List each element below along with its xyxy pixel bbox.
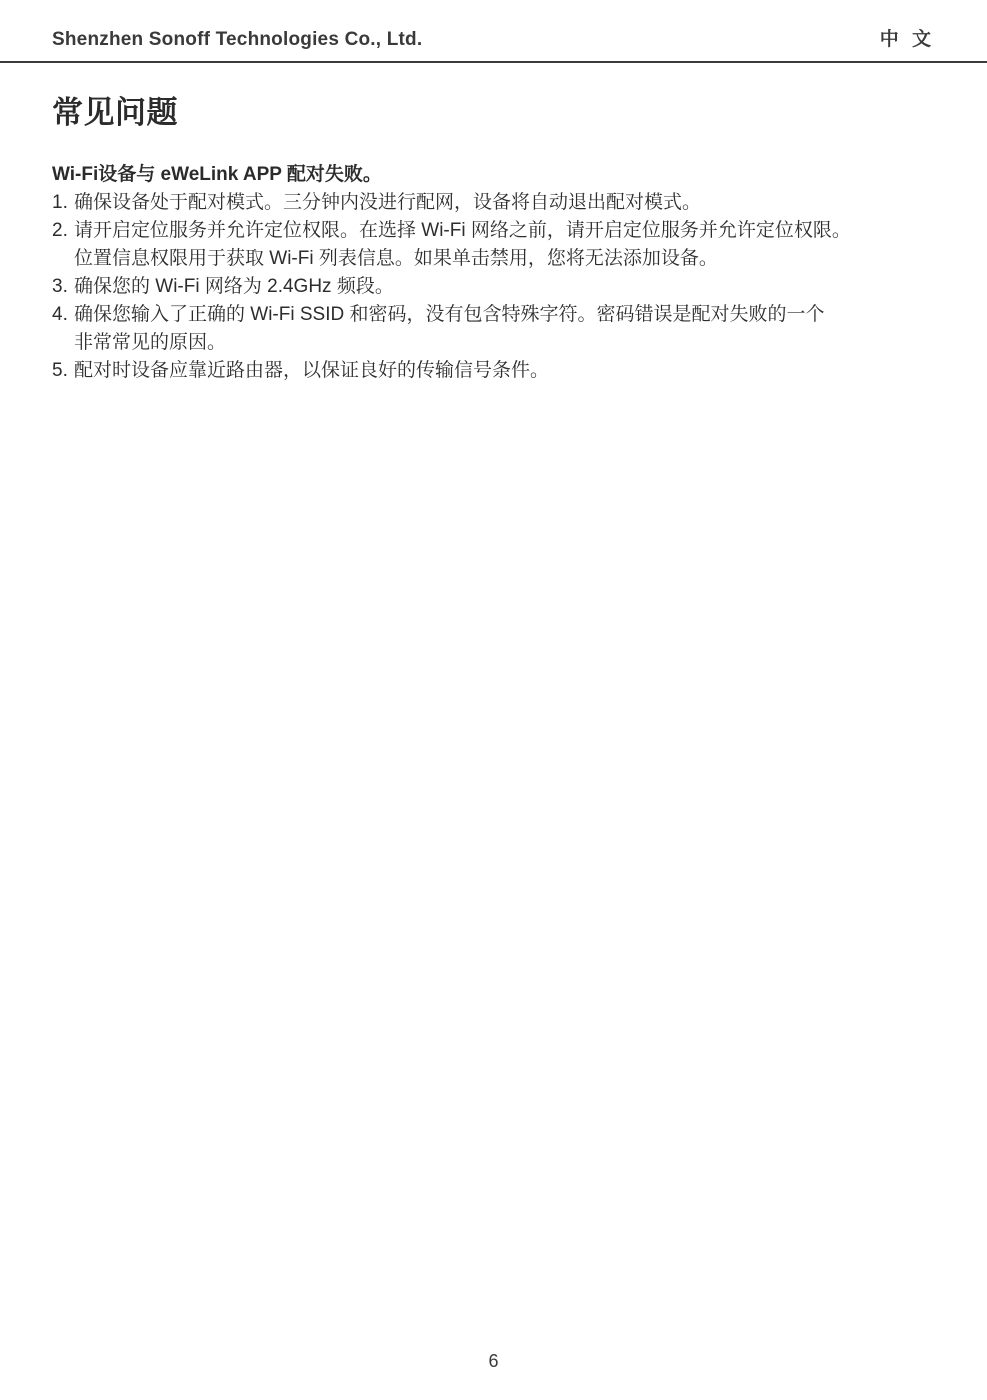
item-number: 3. bbox=[52, 273, 74, 301]
item-text: 确保您的 Wi-Fi 网络为 2.4GHz 频段。 bbox=[74, 273, 394, 301]
list-item: 1. 确保设备处于配对模式。三分钟内没进行配网，设备将自动退出配对模式。 bbox=[52, 189, 935, 217]
page-content: 常见问题 Wi-Fi设备与 eWeLink APP 配对失败。 1. 确保设备处… bbox=[0, 96, 987, 385]
item-line: 2. 请开启定位服务并允许定位权限。在选择 Wi-Fi 网络之前，请开启定位服务… bbox=[52, 217, 935, 245]
list-item: 4. 确保您输入了正确的 Wi-Fi SSID 和密码，没有包含特殊字符。密码错… bbox=[52, 301, 935, 357]
item-text-continuation: 位置信息权限用于获取 Wi-Fi 列表信息。如果单击禁用，您将无法添加设备。 bbox=[52, 245, 935, 273]
item-text: 确保设备处于配对模式。三分钟内没进行配网，设备将自动退出配对模式。 bbox=[74, 189, 701, 217]
page-number: 6 bbox=[488, 1351, 498, 1371]
item-line: 4. 确保您输入了正确的 Wi-Fi SSID 和密码，没有包含特殊字符。密码错… bbox=[52, 301, 935, 329]
item-line: 5. 配对时设备应靠近路由器，以保证良好的传输信号条件。 bbox=[52, 357, 935, 385]
item-number: 1. bbox=[52, 189, 74, 217]
page-footer: 6 bbox=[0, 1351, 987, 1372]
item-text: 请开启定位服务并允许定位权限。在选择 Wi-Fi 网络之前，请开启定位服务并允许… bbox=[74, 217, 851, 245]
item-line: 3. 确保您的 Wi-Fi 网络为 2.4GHz 频段。 bbox=[52, 273, 935, 301]
language-label: 中 文 bbox=[880, 24, 935, 51]
faq-list: 1. 确保设备处于配对模式。三分钟内没进行配网，设备将自动退出配对模式。 2. … bbox=[52, 189, 935, 385]
list-item: 5. 配对时设备应靠近路由器，以保证良好的传输信号条件。 bbox=[52, 357, 935, 385]
company-name: Shenzhen Sonoff Technologies Co., Ltd. bbox=[52, 29, 422, 51]
page-title: 常见问题 bbox=[52, 96, 935, 130]
item-number: 4. bbox=[52, 301, 74, 329]
document-page: Shenzhen Sonoff Technologies Co., Ltd. 中… bbox=[0, 0, 987, 1400]
faq-heading: Wi-Fi设备与 eWeLink APP 配对失败。 bbox=[52, 161, 935, 189]
item-text-continuation: 非常常见的原因。 bbox=[52, 329, 935, 357]
item-text: 确保您输入了正确的 Wi-Fi SSID 和密码，没有包含特殊字符。密码错误是配… bbox=[74, 301, 825, 329]
item-number: 2. bbox=[52, 217, 74, 245]
item-line: 1. 确保设备处于配对模式。三分钟内没进行配网，设备将自动退出配对模式。 bbox=[52, 189, 935, 217]
list-item: 3. 确保您的 Wi-Fi 网络为 2.4GHz 频段。 bbox=[52, 273, 935, 301]
item-number: 5. bbox=[52, 357, 74, 385]
page-header: Shenzhen Sonoff Technologies Co., Ltd. 中… bbox=[0, 0, 987, 63]
list-item: 2. 请开启定位服务并允许定位权限。在选择 Wi-Fi 网络之前，请开启定位服务… bbox=[52, 217, 935, 273]
item-text: 配对时设备应靠近路由器，以保证良好的传输信号条件。 bbox=[74, 357, 549, 385]
